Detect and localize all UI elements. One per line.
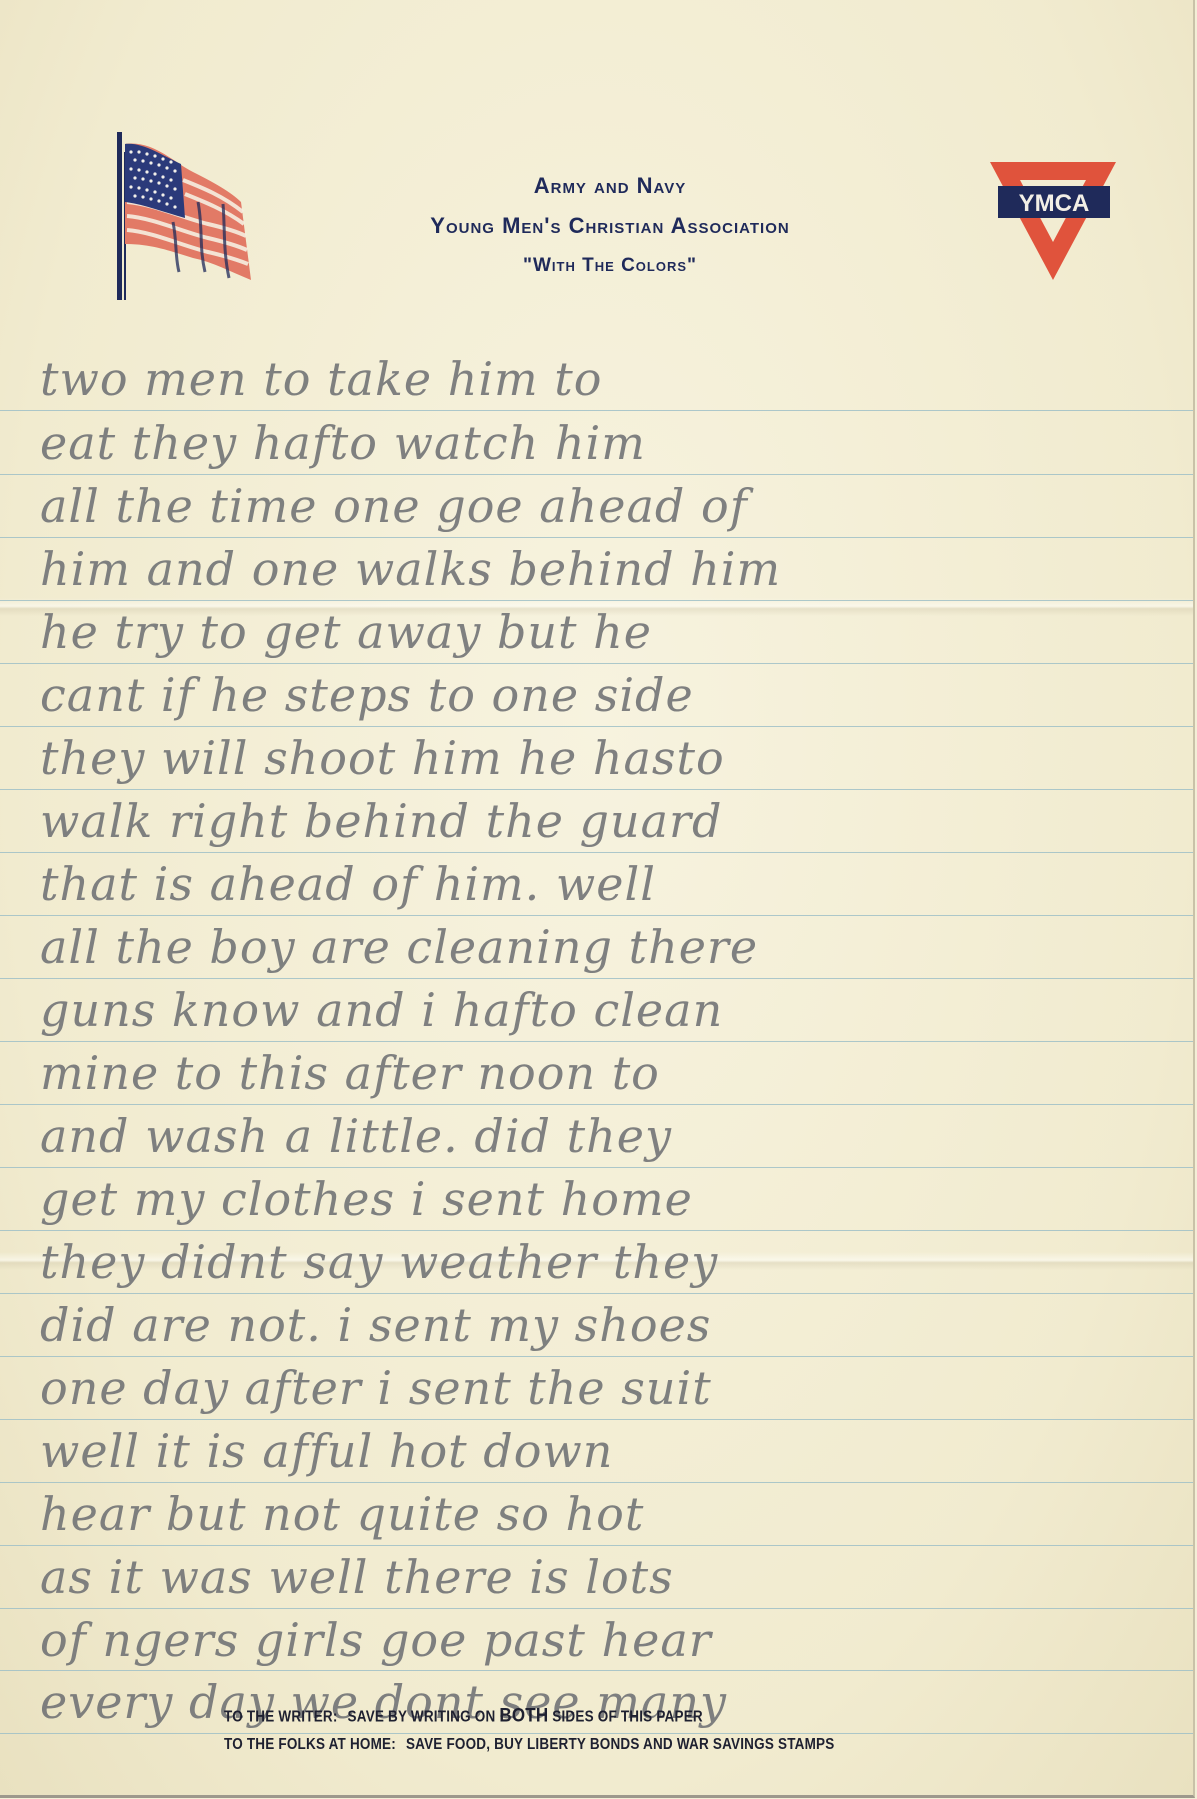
letterhead-line-1: Army and Navy bbox=[300, 166, 920, 206]
letterhead: Army and Navy Young Men's Christian Asso… bbox=[0, 0, 1193, 300]
handwritten-line: they will shoot him he hasto bbox=[40, 731, 1160, 785]
handwritten-line: well it is afful hot down bbox=[40, 1424, 1160, 1478]
footer-writer-label: To the Writer: bbox=[224, 1703, 338, 1731]
handwritten-line: get my clothes i sent home bbox=[40, 1172, 1160, 1226]
handwritten-line: one day after i sent the suit bbox=[40, 1361, 1160, 1415]
handwritten-line: all the boy are cleaning there bbox=[40, 920, 1160, 974]
ruled-line bbox=[0, 1356, 1193, 1357]
ruled-line bbox=[0, 1293, 1193, 1294]
handwritten-line: and wash a little. did they bbox=[40, 1109, 1160, 1163]
ymca-triangle-logo-icon: YMCA bbox=[988, 160, 1118, 282]
footer-writer-note: To the Writer:Save by writing on BOTH si… bbox=[224, 1702, 1084, 1731]
handwritten-line: mine to this after noon to bbox=[40, 1046, 1160, 1100]
ruled-line bbox=[0, 663, 1193, 664]
ruled-line bbox=[0, 537, 1193, 538]
ruled-line bbox=[0, 978, 1193, 979]
ruled-line bbox=[0, 1041, 1193, 1042]
ruled-line bbox=[0, 852, 1193, 853]
handwritten-line: walk right behind the guard bbox=[40, 794, 1160, 848]
ruled-line bbox=[0, 1670, 1193, 1671]
handwritten-line: guns know and i hafto clean bbox=[40, 983, 1160, 1037]
footer-home-label: To the Folks at Home: bbox=[224, 1731, 396, 1759]
handwritten-line: did are not. i sent my shoes bbox=[40, 1298, 1160, 1352]
letterhead-title: Army and Navy Young Men's Christian Asso… bbox=[300, 166, 920, 286]
letterhead-footer: To the Writer:Save by writing on BOTH si… bbox=[224, 1702, 1084, 1758]
ruled-line bbox=[0, 1482, 1193, 1483]
handwritten-line: cant if he steps to one side bbox=[40, 668, 1160, 722]
handwritten-line: eat they hafto watch him bbox=[40, 416, 1160, 470]
footer-writer-text: Save by writing on bbox=[348, 1708, 500, 1725]
handwritten-line: as it was well there is lots bbox=[40, 1550, 1160, 1604]
handwritten-line: of ngers girls goe past hear bbox=[40, 1613, 1160, 1667]
letterhead-line-3: "With The Colors" bbox=[300, 246, 920, 286]
ruled-line bbox=[0, 410, 1193, 411]
handwritten-line: that is ahead of him. well bbox=[40, 857, 1160, 911]
handwritten-line: two men to take him to bbox=[40, 352, 1160, 406]
ruled-line bbox=[0, 789, 1193, 790]
ruled-line bbox=[0, 1419, 1193, 1420]
letter-page: Army and Navy Young Men's Christian Asso… bbox=[0, 0, 1195, 1798]
ruled-line bbox=[0, 1230, 1193, 1231]
handwritten-line: hear but not quite so hot bbox=[40, 1487, 1160, 1541]
handwritten-line: he try to get away but he bbox=[40, 605, 1160, 659]
american-flag-icon bbox=[113, 132, 263, 300]
footer-home-note: To the Folks at Home:Save Food, Buy Libe… bbox=[224, 1731, 1084, 1759]
ruled-line bbox=[0, 1167, 1193, 1168]
ruled-line bbox=[0, 1608, 1193, 1609]
footer-home-text: Save Food, Buy Liberty Bonds and War Sav… bbox=[406, 1735, 835, 1752]
handwritten-line: they didnt say weather they bbox=[40, 1235, 1160, 1289]
handwritten-line: him and one walks behind him bbox=[40, 542, 1160, 596]
ymca-logo-text: YMCA bbox=[1019, 190, 1090, 217]
ruled-line bbox=[0, 915, 1193, 916]
ruled-line bbox=[0, 600, 1193, 601]
ruled-line bbox=[0, 474, 1193, 475]
ruled-line bbox=[0, 1545, 1193, 1546]
footer-writer-emphasis: BOTH bbox=[499, 1704, 548, 1726]
footer-writer-text-end: sides of this paper bbox=[548, 1708, 703, 1725]
ruled-line bbox=[0, 1104, 1193, 1105]
ruled-line bbox=[0, 726, 1193, 727]
handwritten-line: all the time one goe ahead of bbox=[40, 479, 1160, 533]
letterhead-line-2: Young Men's Christian Association bbox=[300, 206, 920, 246]
